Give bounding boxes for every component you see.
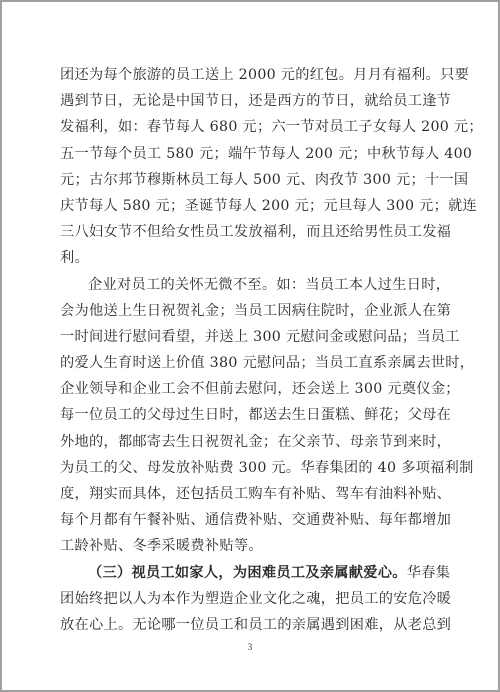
text-line: 一时间进行慰问看望，并送上 300 元慰问金或慰问品；当员工 [60, 324, 432, 350]
text-line: 的爱人生育时送上价值 380 元慰问品；当员工直系亲属去世时， [60, 350, 432, 376]
text-line: 度，翔实而具体，还包括员工购车有补贴、驾车有油料补贴、 [60, 481, 432, 507]
text-line: 庆节每人 580 元；圣诞节每人 200 元；元旦每人 300 元；就连 [60, 193, 432, 219]
section-heading-line: （三）视员工如家人，为困难员工及亲属献爱心。华春集 [60, 560, 432, 586]
text-line: 五一节每个员工 580 元；端午节每人 200 元；中秋节每人 400 [60, 141, 432, 167]
text-line: 为员工的父、母发放补贴费 300 元。华春集团的 40 多项福利制 [60, 455, 432, 481]
text-line: 遇到节日，无论是中国节日，还是西方的节日，就给员工逢节 [60, 88, 432, 114]
page-number: 3 [2, 642, 498, 652]
text-line: 企业对员工的关怀无微不至。如：当员工本人过生日时， [60, 272, 432, 298]
text-line: 利。 [60, 245, 432, 271]
text-line: 发福利，如：春节每人 680 元；六一节对员工子女每人 200 元； [60, 114, 432, 140]
text-line: 每个月都有午餐补贴、通信费补贴、交通费补贴、每年都增加 [60, 507, 432, 533]
text-line: 元；古尔邦节穆斯林员工每人 500 元、肉孜节 300 元；十一国 [60, 167, 432, 193]
text-line: 团始终把以人为本作为塑造企业文化之魂，把员工的安危冷暖 [60, 586, 432, 612]
text-line: 企业领导和企业工会不但前去慰问，还会送上 300 元奠仪金； [60, 376, 432, 402]
text-line: 会为他送上生日祝贺礼金；当员工因病住院时，企业派人在第 [60, 298, 432, 324]
heading-continuation: 华春集 [407, 565, 450, 581]
text-line: 团还为每个旅游的员工送上 2000 元的红包。月月有福利。只要 [60, 62, 432, 88]
body-text: 团还为每个旅游的员工送上 2000 元的红包。月月有福利。只要 遇到节日，无论是… [60, 62, 432, 638]
text-line: 外地的，都邮寄去生日祝贺礼金；在父亲节、母亲节到来时， [60, 429, 432, 455]
text-line: 工龄补贴、冬季采暖费补贴等。 [60, 533, 432, 559]
text-line: 三八妇女节不但给女性员工发放福利，而且还给男性员工发福 [60, 219, 432, 245]
text-line: 每一位员工的父母过生日时，都送去生日蛋糕、鲜花；父母在 [60, 402, 432, 428]
section-heading: （三）视员工如家人，为困难员工及亲属献爱心。 [88, 565, 407, 581]
text-line: 放在心上。无论哪一位员工和员工的亲属遇到困难，从老总到 [60, 612, 432, 638]
document-page: 团还为每个旅游的员工送上 2000 元的红包。月月有福利。只要 遇到节日，无论是… [0, 0, 500, 692]
